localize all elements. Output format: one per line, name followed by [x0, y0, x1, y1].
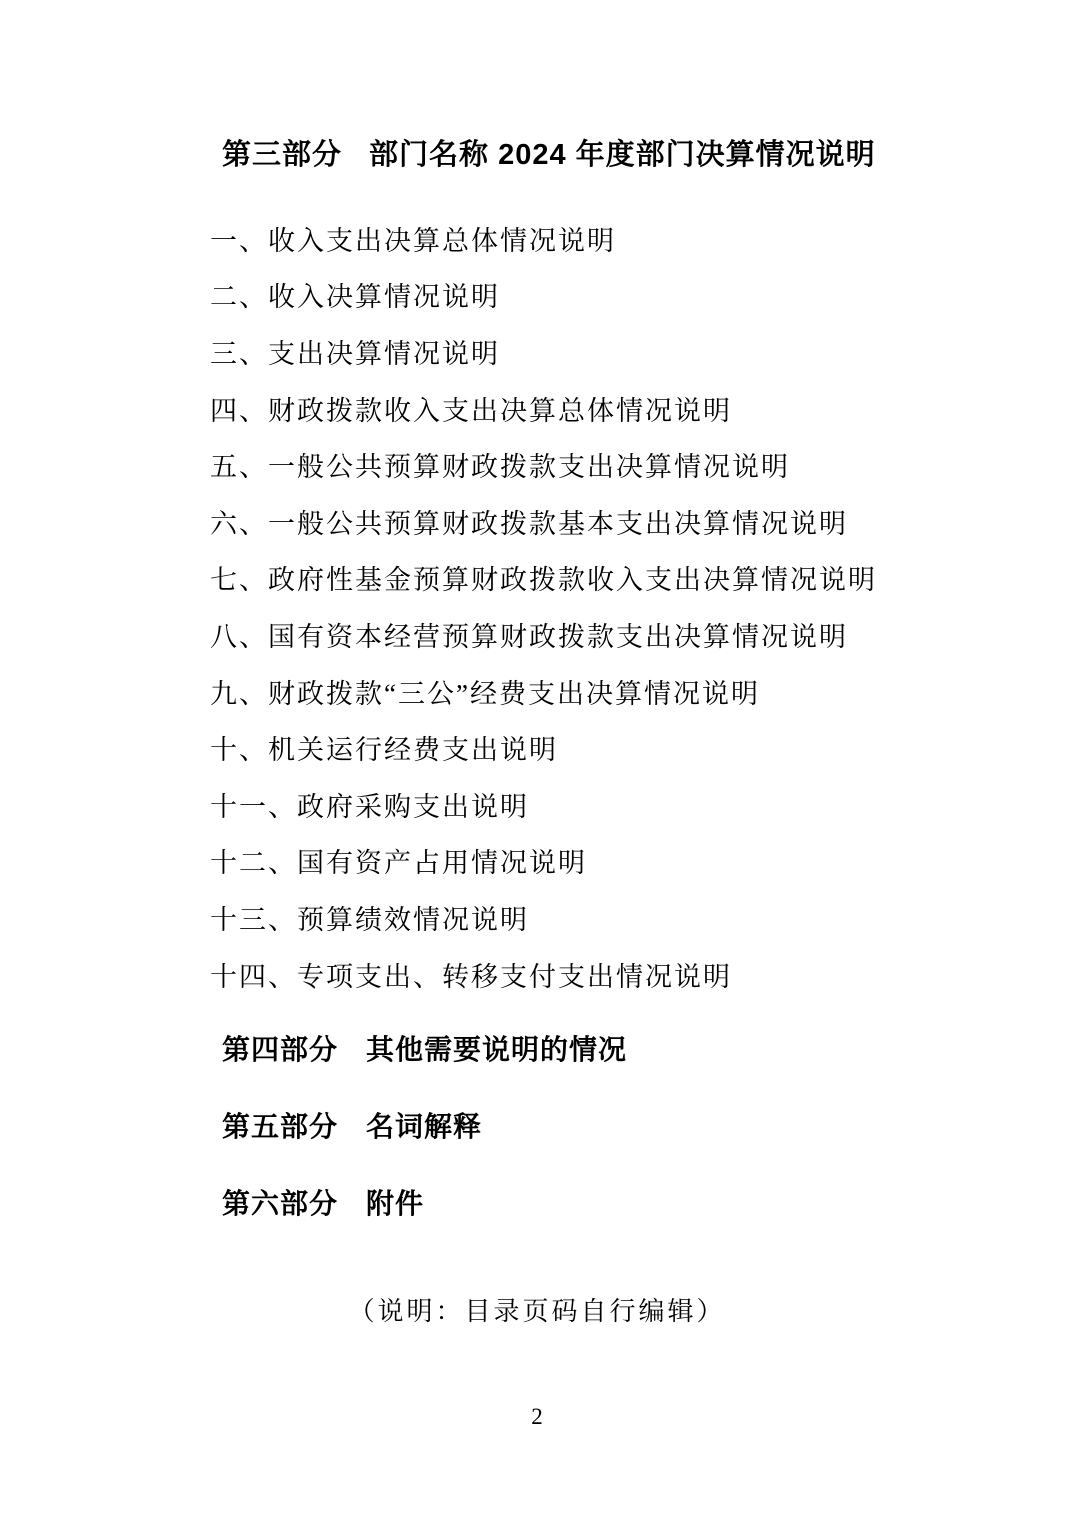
toc-item: 十四、专项支出、转移支付支出情况说明 — [210, 946, 1074, 1003]
section-title-text: 附件 — [366, 1182, 424, 1222]
section-heading-part4: 第四部分其他需要说明的情况 — [0, 1009, 1074, 1086]
page-title-text: 部门名称 2024 年度部门决算情况说明 — [369, 139, 876, 171]
toc-item: 十一、政府采购支出说明 — [210, 776, 1074, 833]
section-heading-part6: 第六部分附件 — [0, 1163, 1074, 1240]
section-headings: 第四部分其他需要说明的情况 第五部分名词解释 第六部分附件 — [0, 1009, 1074, 1240]
section-part-label: 第四部分 — [222, 1028, 338, 1068]
toc-item: 十二、国有资产占用情况说明 — [210, 833, 1074, 890]
section-part-label: 第六部分 — [222, 1182, 338, 1222]
section-title-text: 其他需要说明的情况 — [366, 1028, 627, 1068]
page-number: 2 — [0, 1403, 1074, 1431]
page-title: 第三部分部门名称 2024 年度部门决算情况说明 — [0, 0, 1074, 172]
toc-item: 十、机关运行经费支出说明 — [210, 719, 1074, 776]
page-title-part-label: 第三部分 — [222, 139, 342, 171]
toc-item: 七、政府性基金预算财政拨款收入支出决算情况说明 — [210, 550, 1074, 607]
toc-item: 十三、预算绩效情况说明 — [210, 889, 1074, 946]
toc-item: 九、财政拨款“三公”经费支出决算情况说明 — [210, 663, 1074, 720]
section-heading-part5: 第五部分名词解释 — [0, 1086, 1074, 1163]
document-page: 第三部分部门名称 2024 年度部门决算情况说明 一、收入支出决算总体情况说明 … — [0, 0, 1074, 1520]
editor-note: （说明：目录页码自行编辑） — [0, 1297, 1074, 1327]
toc-item: 三、支出决算情况说明 — [210, 323, 1074, 380]
section-part-label: 第五部分 — [222, 1105, 338, 1145]
toc-item: 一、收入支出决算总体情况说明 — [210, 210, 1074, 267]
toc-item: 四、财政拨款收入支出决算总体情况说明 — [210, 380, 1074, 437]
toc-list: 一、收入支出决算总体情况说明 二、收入决算情况说明 三、支出决算情况说明 四、财… — [0, 210, 1074, 1002]
toc-item: 二、收入决算情况说明 — [210, 267, 1074, 324]
section-title-text: 名词解释 — [366, 1105, 482, 1145]
toc-item: 六、一般公共预算财政拨款基本支出决算情况说明 — [210, 493, 1074, 550]
toc-item: 五、一般公共预算财政拨款支出决算情况说明 — [210, 436, 1074, 493]
toc-item: 八、国有资本经营预算财政拨款支出决算情况说明 — [210, 606, 1074, 663]
